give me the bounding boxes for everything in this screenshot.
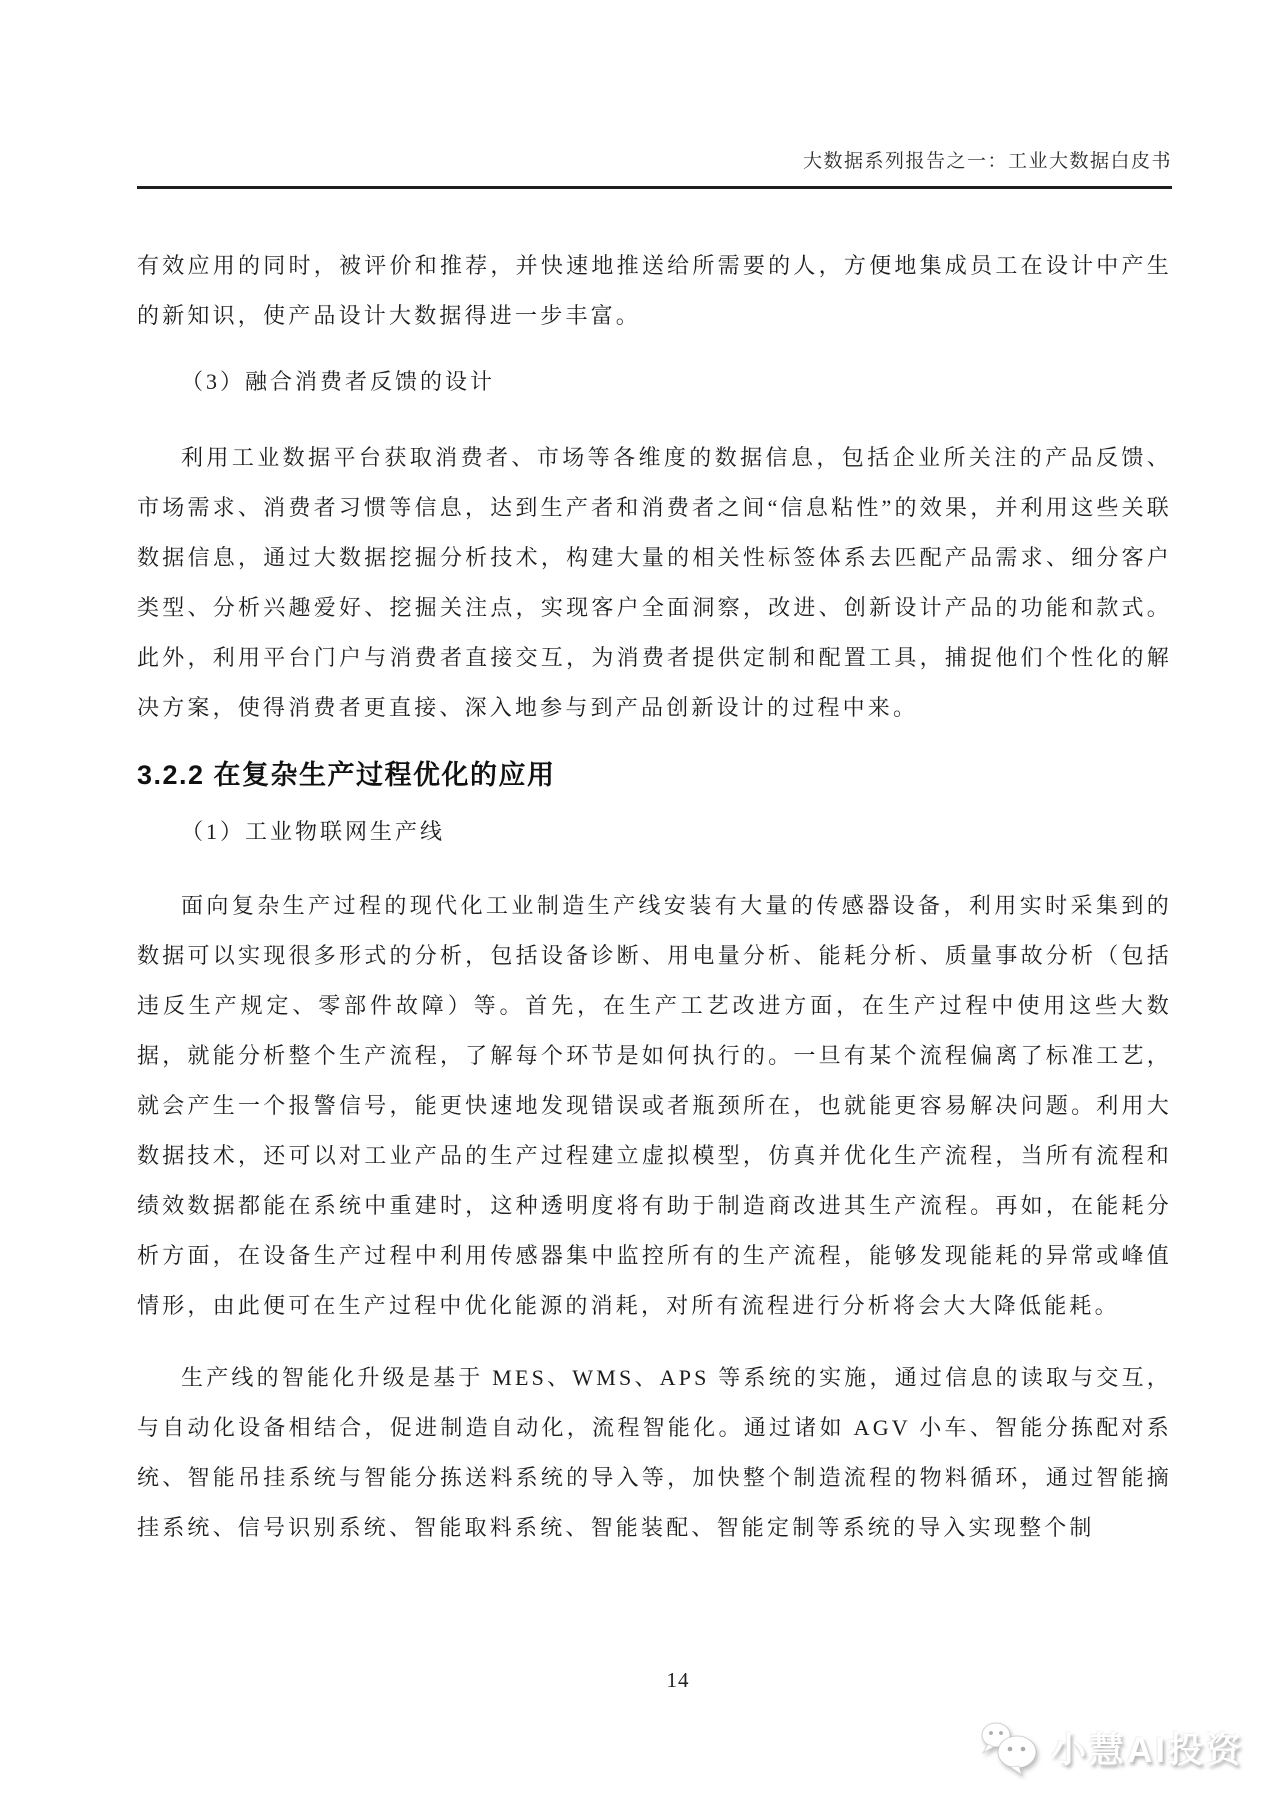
wechat-icon — [979, 1720, 1041, 1776]
page-number: 14 — [76, 1668, 1280, 1693]
paragraph-smart-upgrade: 生产线的智能化升级是基于 MES、WMS、APS 等系统的实施，通过信息的读取与… — [137, 1353, 1172, 1553]
watermark-label: 小慧AI投资 — [1051, 1723, 1244, 1773]
watermark: 小慧AI投资 — [979, 1720, 1244, 1776]
running-header: 大数据系列报告之一：工业大数据白皮书 — [137, 150, 1172, 174]
paragraph-continuation: 有效应用的同时，被评价和推荐，并快速地推送给所需要的人，方便地集成员工在设计中产… — [137, 241, 1172, 341]
list-heading-consumer-feedback: （3）融合消费者反馈的设计 — [137, 357, 1172, 407]
section-heading-3-2-2: 3.2.2 在复杂生产过程优化的应用 — [137, 755, 1172, 795]
paragraph-consumer-feedback: 利用工业数据平台获取消费者、市场等各维度的数据信息，包括企业所关注的产品反馈、市… — [137, 433, 1172, 733]
paragraph-iot-production: 面向复杂生产过程的现代化工业制造生产线安装有大量的传感器设备，利用实时采集到的数… — [137, 881, 1172, 1331]
list-heading-iot-production-line: （1）工业物联网生产线 — [137, 807, 1172, 857]
header-rule — [137, 186, 1172, 189]
page-content: 大数据系列报告之一：工业大数据白皮书 有效应用的同时，被评价和推荐，并快速地推送… — [137, 0, 1172, 1553]
document-page: 大数据系列报告之一：工业大数据白皮书 有效应用的同时，被评价和推荐，并快速地推送… — [0, 0, 1280, 1809]
